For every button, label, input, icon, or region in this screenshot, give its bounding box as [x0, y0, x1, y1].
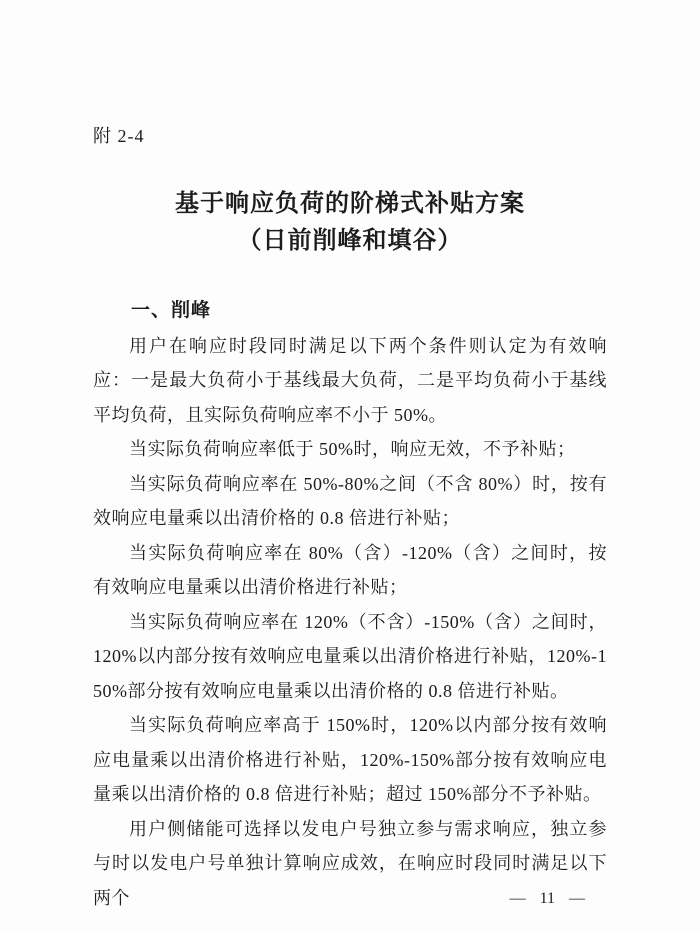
footer-dash-left: — — [510, 890, 526, 907]
document-body: 一、削峰 用户在响应时段同时满足以下两个条件则认定为有效响应：一是最大负荷小于基… — [93, 294, 607, 915]
document-page: 附 2-4 基于响应负荷的阶梯式补贴方案 （日前削峰和填谷） 一、削峰 用户在响… — [0, 0, 700, 932]
paragraph-2: 当实际负荷响应率低于 50%时，响应无效，不予补贴； — [93, 432, 607, 467]
title-line-1: 基于响应负荷的阶梯式补贴方案 — [0, 186, 700, 223]
attachment-label: 附 2-4 — [93, 122, 145, 148]
paragraph-3: 当实际负荷响应率在 50%-80%之间（不含 80%）时，按有效响应电量乘以出清… — [93, 467, 607, 536]
footer-dash-right: — — [569, 890, 585, 907]
paragraph-6: 当实际负荷响应率高于 150%时，120%以内部分按有效响应电量乘以出清价格进行… — [93, 708, 607, 812]
title-line-2: （日前削峰和填谷） — [0, 223, 700, 260]
paragraph-4: 当实际负荷响应率在 80%（含）-120%（含）之间时，按有效响应电量乘以出清价… — [93, 536, 607, 605]
page-number-footer: —11— — [503, 890, 592, 908]
page-number: 11 — [540, 890, 555, 907]
section-heading: 一、削峰 — [93, 294, 607, 329]
document-title: 基于响应负荷的阶梯式补贴方案 （日前削峰和填谷） — [0, 186, 700, 260]
paragraph-5: 当实际负荷响应率在 120%（不含）-150%（含）之间时，120%以内部分按有… — [93, 605, 607, 709]
paragraph-1: 用户在响应时段同时满足以下两个条件则认定为有效响应：一是最大负荷小于基线最大负荷… — [93, 329, 607, 433]
